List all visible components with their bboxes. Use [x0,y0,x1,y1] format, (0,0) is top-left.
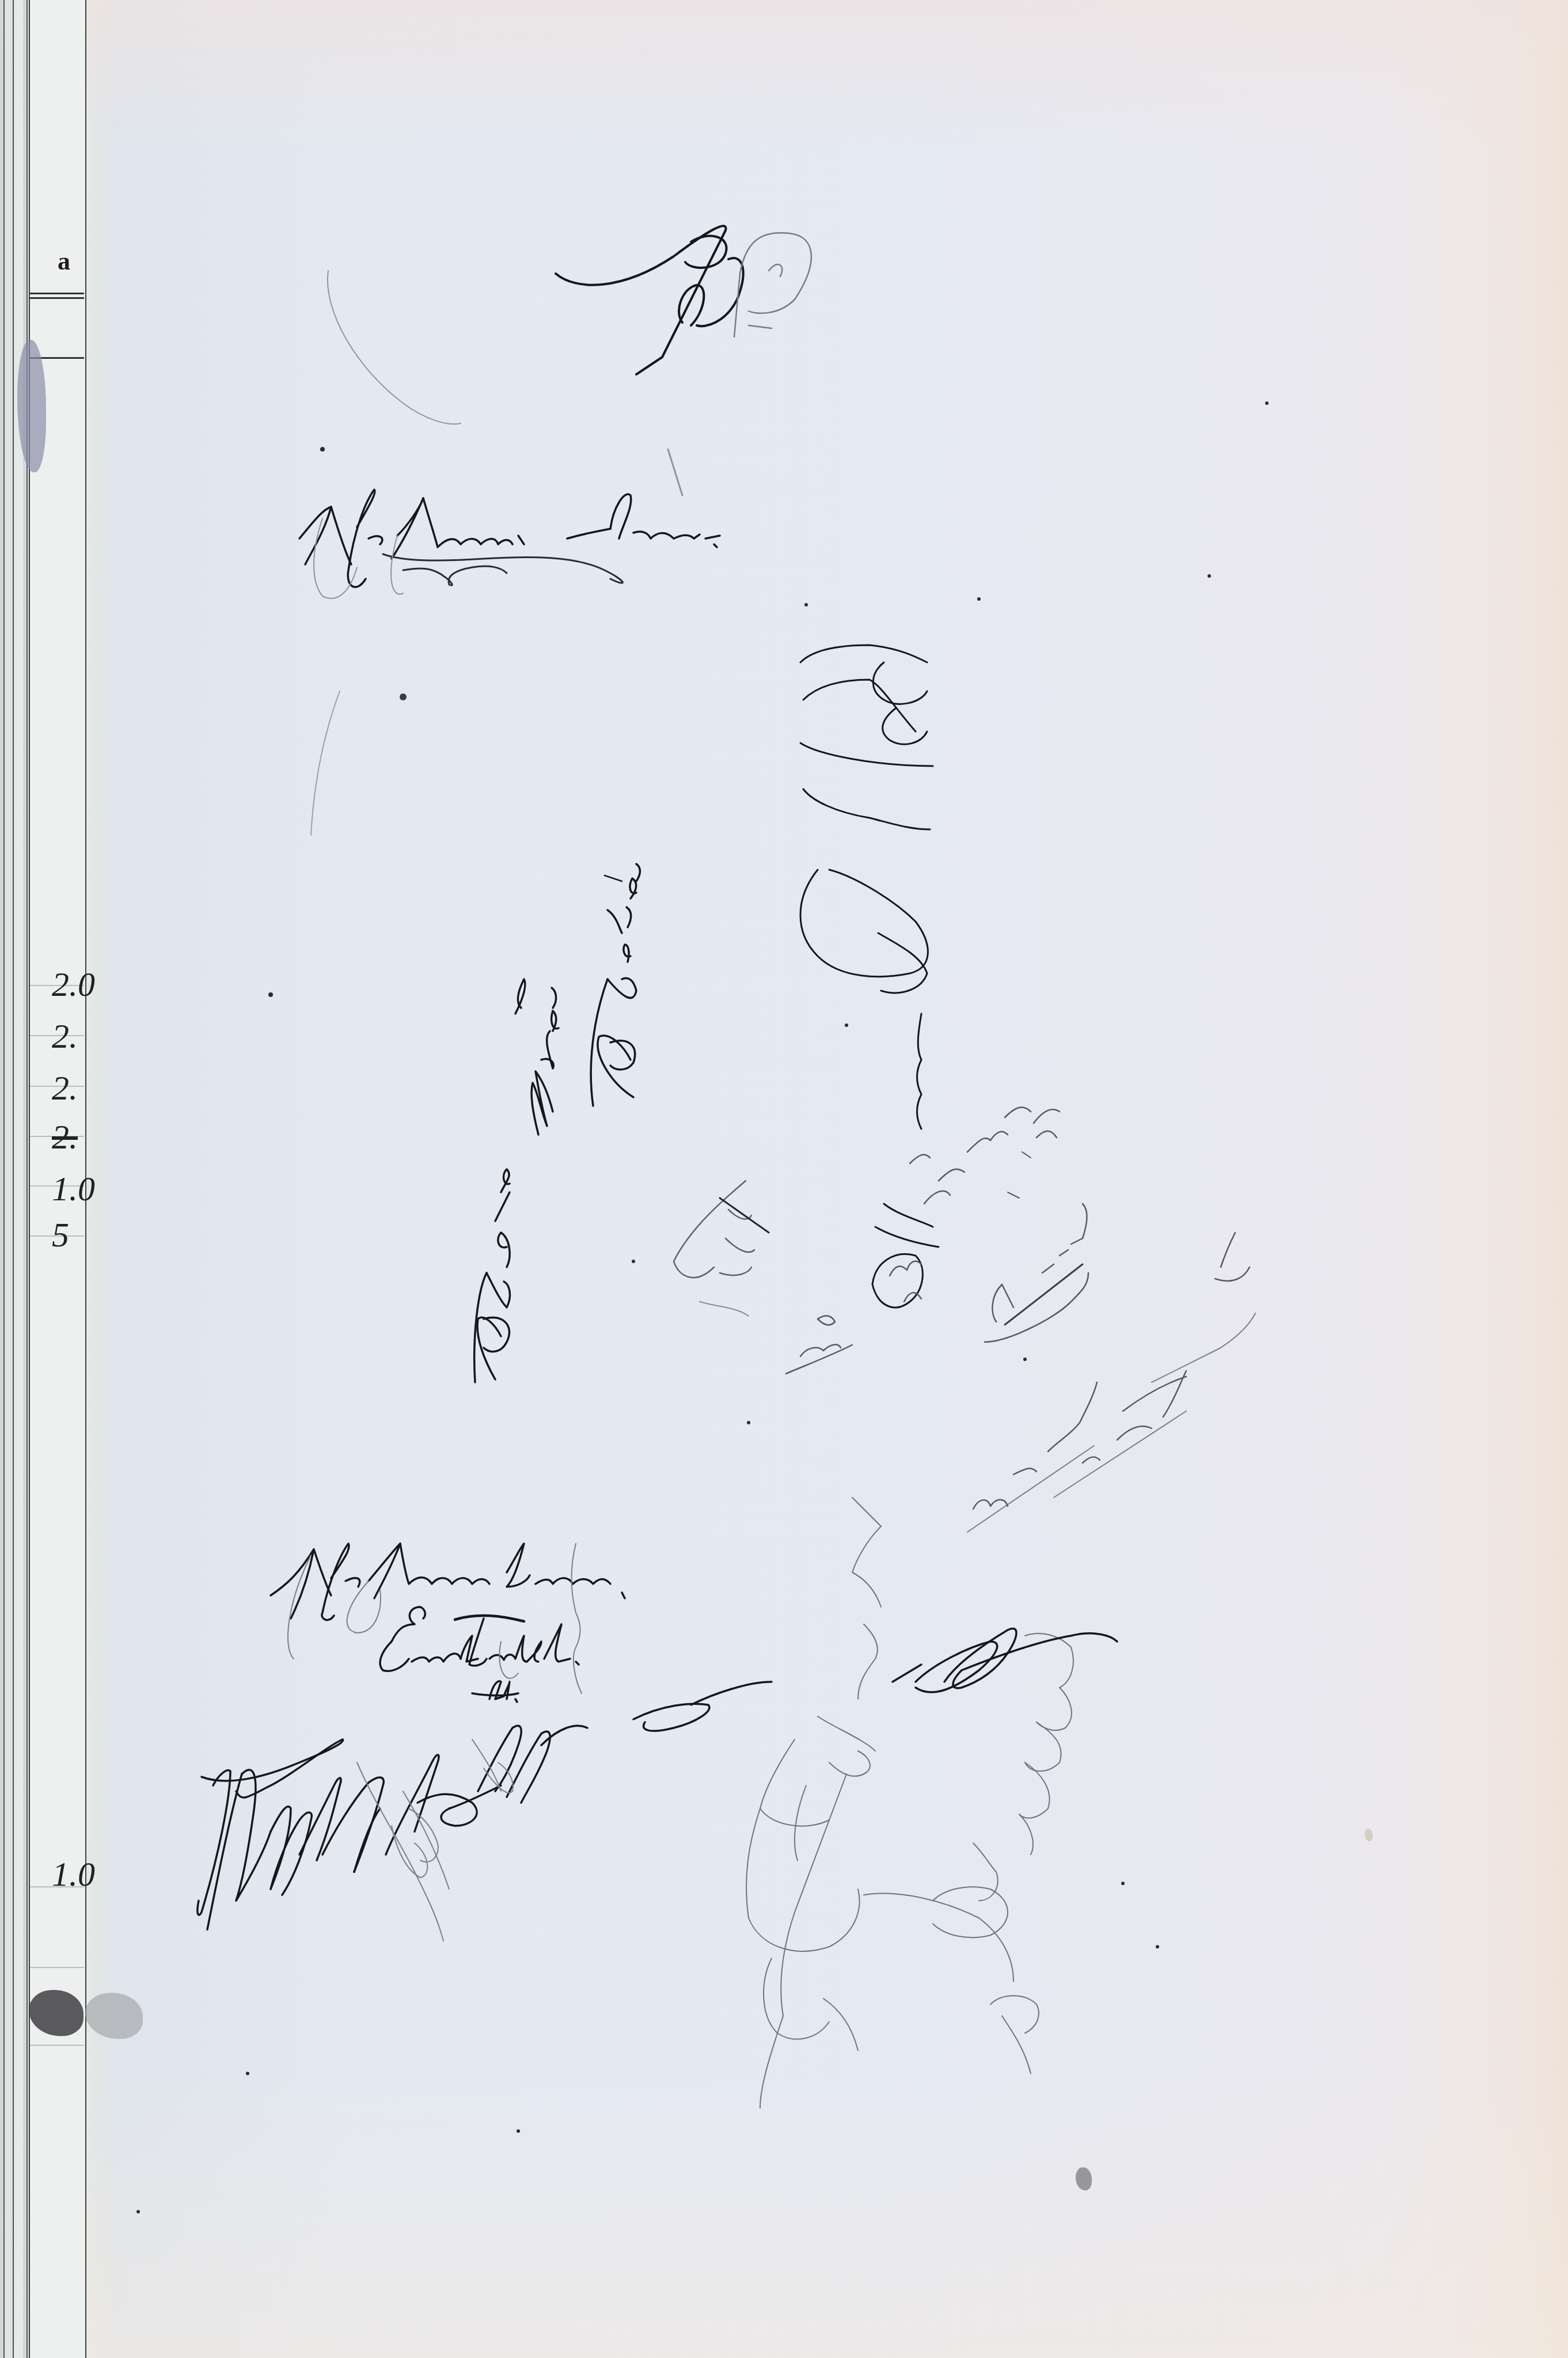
boston-vertical [591,864,640,1106]
miss-mamie-isham-line1 [299,490,720,587]
ink-dot [400,693,407,700]
handwriting-layer [0,0,1568,2358]
pencil-arc [311,691,340,835]
top-flourish-ink [556,226,743,374]
paper-specks [136,401,1269,2213]
boston-mass-vertical [474,979,559,1382]
top-flourish-pencil [328,233,811,495]
pencil-upside-down-notes [786,1108,1255,1532]
large-flourish-right-ink [633,1628,1117,1731]
pencil-mamie-vertical-bottom [746,1498,881,2108]
pencil-isham-vertical-bottom [864,1633,1073,2073]
ray-pencil [674,1181,769,1316]
mamie-isham-large-vertical [800,645,939,1307]
